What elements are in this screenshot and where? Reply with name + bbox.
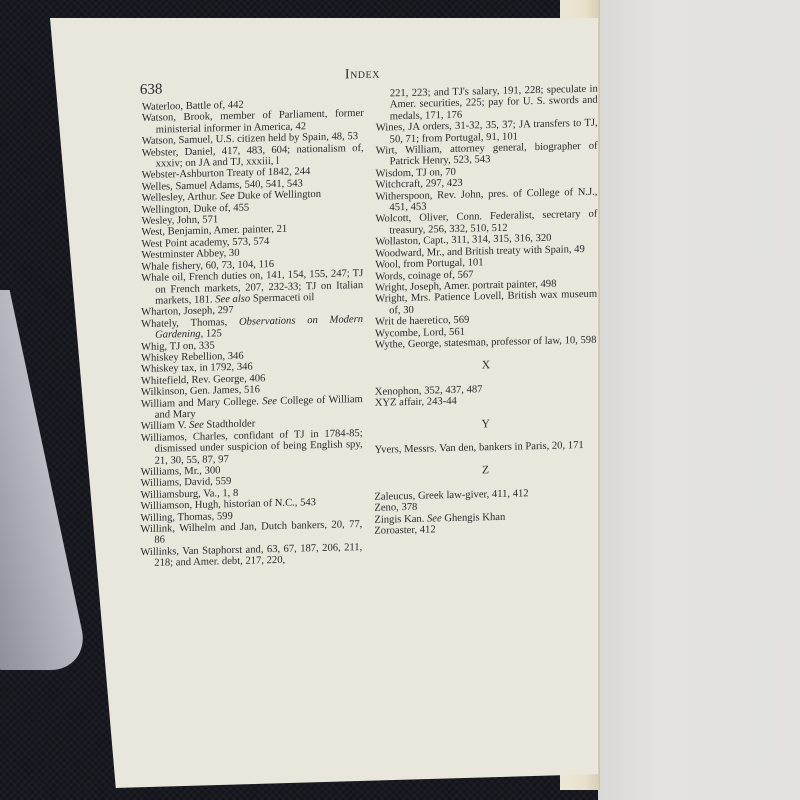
book-page: 638 Index Waterloo, Battle of, 442Watson… (50, 18, 598, 788)
entry-heading: Zingis Kan. (374, 513, 427, 525)
page-content: 638 Index Waterloo, Battle of, 442Watson… (138, 61, 610, 569)
index-letter-sections: XXenophon, 352, 437, 487XYZ affair, 243-… (374, 358, 597, 537)
entry-heading: William V. (141, 420, 189, 432)
entry-reference: Ghengis Khan (442, 511, 506, 523)
entry-heading: Wellesley, Arthur. (142, 191, 221, 204)
index-section-w: Wines, JA orders, 31-32, 35, 37; JA tran… (375, 118, 598, 351)
entry-heading: William and Mary College. (141, 396, 262, 410)
cross-reference: See (220, 191, 235, 202)
opposite-blank-page (598, 0, 800, 800)
index-entry: Yvers, Messrs. Van den, bankers in Paris… (375, 440, 597, 456)
entry-reference: Duke of Wellington (235, 189, 321, 202)
background-gray-sheet (0, 290, 90, 670)
page-number: 638 (140, 81, 163, 99)
running-head: Index (345, 67, 380, 84)
index-column-right: 221, 223; and TJ's salary, 191, 228; spe… (374, 84, 598, 565)
index-entry: Willinks, Van Staphorst and, 63, 67, 187… (140, 542, 362, 570)
entry-heading: Whately, Thomas, (141, 317, 239, 330)
cross-reference: See (189, 420, 204, 431)
index-columns: Waterloo, Battle of, 442Watson, Brook, m… (138, 91, 610, 569)
letter-heading: Y (375, 416, 597, 432)
cross-reference: See (427, 513, 442, 524)
index-entry: Williamos, Charles, confidant of TJ in 1… (141, 428, 363, 467)
entry-reference: Stadtholder (204, 419, 256, 431)
letter-heading: X (375, 358, 597, 374)
entry-reference: Spermaceti oil (250, 292, 314, 304)
cross-reference: See also (215, 293, 250, 305)
entry-reference: , 125 (201, 328, 222, 339)
cross-reference: See (262, 396, 277, 407)
index-entry: Whale oil, French duties on, 141, 154, 1… (141, 268, 363, 307)
index-column-left: Waterloo, Battle of, 442Watson, Brook, m… (140, 97, 364, 570)
letter-heading: Z (374, 463, 596, 479)
